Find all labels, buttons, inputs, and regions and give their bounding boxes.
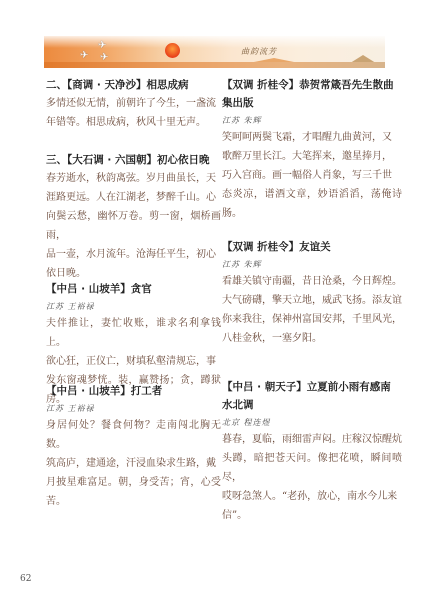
- crane-icon: ✈: [100, 52, 108, 63]
- poem-heading-continued: 水北调: [222, 396, 402, 414]
- poem-section: 【双调 折桂令】友谊关 江苏 朱辉 看雄关镇守南疆，昔日沧桑，今日辉煌。 大气磅…: [222, 238, 402, 348]
- poem-author: 江苏 朱辉: [222, 114, 402, 128]
- crane-icon: ✈: [80, 50, 88, 61]
- poem-heading: 【中吕 · 山坡羊】打工者: [46, 382, 221, 400]
- poem-line: 涯路更远。人在江湖老，梦醉千山。心: [46, 188, 221, 207]
- poem-section: 三、【大石调 · 六国朝】初心依日晚 春芳逝水，秋韵离弦。岁月曲虽长，天 涯路更…: [46, 151, 221, 283]
- poem-line: 看雄关镇守南疆，昔日沧桑，今日辉煌。: [222, 272, 402, 291]
- poem-heading: 【双调 折桂令】友谊关: [222, 238, 402, 256]
- poem-line: 向鬓云愁，幽怀万卷。剪一窗，烟桥画雨，: [46, 207, 221, 245]
- poem-author: 江苏 朱辉: [222, 258, 402, 272]
- page-number: 62: [20, 574, 31, 584]
- poem-line: 大气磅礴，擎天立地，威武飞扬。添友谊: [222, 291, 402, 310]
- heading-text: 【大石调 · 六国朝】初心依日晚: [67, 154, 210, 166]
- poem-line: 月披星难富足。朝，身受苦；宵，心受苦。: [46, 473, 221, 511]
- heading-number: 三、: [46, 154, 67, 166]
- banner-title: 曲韵流芳: [241, 46, 277, 57]
- poem-line: 歌醉万里长江。大笔挥来，邀星捧月，: [222, 147, 402, 166]
- poem-author: 江苏 王裕禄: [46, 300, 221, 314]
- poem-heading: 【中吕 · 朝天子】立夏前小雨有感南: [222, 378, 402, 396]
- poem-line: 哎呀急煞人。“老孙，放心，南水今儿来: [222, 487, 402, 506]
- poem-section: 二、【商调 · 天净沙】相思成病 多情还似无情，前朝许了今生，一盏流 年错等。相…: [46, 76, 221, 132]
- poem-line: 夫伴推让，妻忙收账，谁求名利拿钱上。: [46, 314, 221, 352]
- banner-ground: [44, 62, 385, 68]
- poem-author: 江苏 王裕禄: [46, 402, 221, 416]
- poem-line: 八桂金秋，一塞夕阳。: [222, 329, 402, 348]
- poem-section: 【双调 折桂令】恭贺常箴吾先生散曲 集出版 江苏 朱辉 笑呵呵两鬓飞霜，才唱醒九…: [222, 76, 402, 223]
- poem-line: 你来我往，保神州富国安邦，千里风光，: [222, 310, 402, 329]
- crane-icon: ✈: [98, 40, 106, 51]
- heading-text: 【商调 · 天净沙】相思成病: [67, 79, 189, 91]
- poem-line: 春芳逝水，秋韵离弦。岁月曲虽长，天: [46, 169, 221, 188]
- poem-line: 暮春，夏临，雨细雷声闷。庄稼汉惊醒炕: [222, 430, 402, 449]
- poem-heading: 三、【大石调 · 六国朝】初心依日晚: [46, 151, 221, 169]
- poem-line: 年错等。相思成病，秋风十里无声。: [46, 113, 221, 132]
- poem-line: 巧入宫商。画一幅俗人肖象，写三千世: [222, 166, 402, 185]
- poem-line: 身居何处？餐食何物？走南闯北胸无数。: [46, 416, 221, 454]
- poem-line: 筑高庐，建通途，汗浸血染求生路，戴: [46, 454, 221, 473]
- poem-heading: 【双调 折桂令】恭贺常箴吾先生散曲: [222, 76, 402, 94]
- poem-line: 态炎凉，谱酒文章，妙语滔滔，荡俺诗肠。: [222, 185, 402, 223]
- heading-number: 二、: [46, 79, 67, 91]
- poem-section: 【中吕 · 山坡羊】打工者 江苏 王裕禄 身居何处？餐食何物？走南闯北胸无数。 …: [46, 382, 221, 511]
- banner-haze: [44, 36, 385, 48]
- poem-section: 【中吕 · 朝天子】立夏前小雨有感南 水北调 北京 程连煜 暮春，夏临，雨细雷声…: [222, 378, 402, 525]
- header-banner: ✈ ✈ ✈ 曲韵流芳: [44, 36, 385, 68]
- sun-icon: [165, 43, 180, 58]
- poem-line: 信”。: [222, 506, 402, 525]
- poem-heading-continued: 集出版: [222, 94, 402, 112]
- poem-line: 头蹲，暗把苍天问。像把花喷，瞬间喷尽，: [222, 449, 402, 487]
- poem-heading: 【中吕 · 山坡羊】贪官: [46, 280, 221, 298]
- poem-line: 笑呵呵两鬓飞霜，才唱醒九曲黄河，又: [222, 128, 402, 147]
- poem-author: 北京 程连煜: [222, 416, 402, 430]
- poem-line: 多情还似无情，前朝许了今生，一盏流: [46, 94, 221, 113]
- poem-heading: 二、【商调 · 天净沙】相思成病: [46, 76, 221, 94]
- poem-line: 品一壶，水月流年。沧海任平生，初心: [46, 245, 221, 264]
- poem-line: 欲心狂，正仪亡，财填私壑清规忘，事: [46, 352, 221, 371]
